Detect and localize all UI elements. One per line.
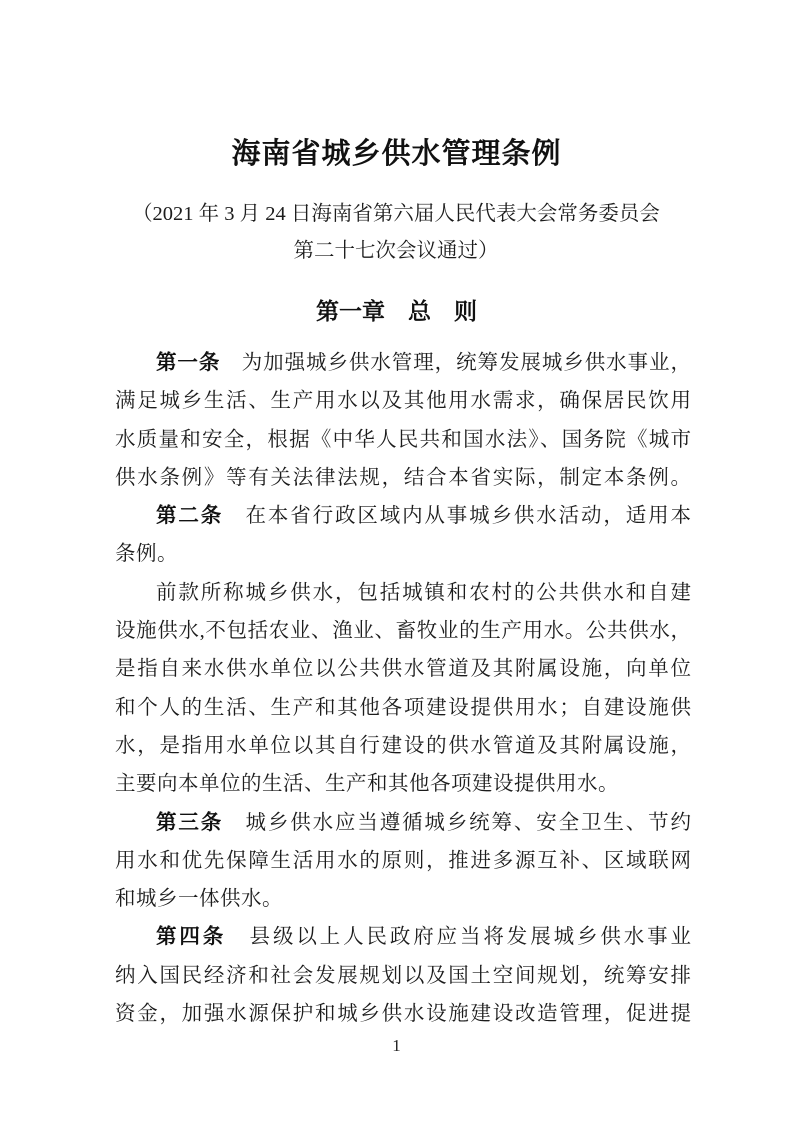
body-line-text: 满足城乡生活、生产用水以及其他用水需求，确保居民饮用: [115, 390, 691, 412]
body-line: 水质量和安全，根据《中华人民共和国水法》、国务院《城市: [115, 421, 691, 459]
body-line-text: 在本省行政区域内从事城乡供水活动，适用本: [223, 505, 691, 527]
article-label: 第三条: [156, 811, 223, 834]
body-line: 和个人的生活、生产和其他各项建设提供用水；自建设施供: [115, 689, 691, 727]
body-line-text: 条例。: [115, 543, 178, 565]
body-line-text: 为加强城乡供水管理，统筹发展城乡供水事业，: [220, 352, 691, 374]
body-line: 第四条 县级以上人民政府应当将发展城乡供水事业: [115, 918, 691, 956]
body-line-text: 和城乡一体供水。: [115, 888, 283, 910]
body-line-text: 县级以上人民政府应当将发展城乡供水事业: [226, 926, 691, 948]
article-label: 第二条: [156, 504, 223, 527]
body-line-text: 用水和优先保障生活用水的原则，推进多源互补、区域联网: [115, 850, 691, 872]
body-line-text: 供水条例》等有关法律法规，结合本省实际，制定本条例。: [115, 467, 691, 489]
subtitle-line-1: （2021 年 3 月 24 日海南省第六届人民代表大会常务委员会: [96, 196, 696, 233]
body-line: 条例。: [115, 535, 691, 573]
body-line: 水，是指用水单位以其自行建设的供水管道及其附属设施，: [115, 727, 691, 765]
body-line-text: 主要向本单位的生活、生产和其他各项建设提供用水。: [115, 773, 619, 795]
body-line: 设施供水,不包括农业、渔业、畜牧业的生产用水。公共供水，: [115, 612, 691, 650]
body-line-text: 资金，加强水源保护和城乡供水设施建设改造管理，促进提: [115, 1003, 691, 1025]
body-line: 前款所称城乡供水，包括城镇和农村的公共供水和自建: [115, 574, 691, 612]
body-line: 满足城乡生活、生产用水以及其他用水需求，确保居民饮用: [115, 382, 691, 420]
body-line: 第二条 在本省行政区域内从事城乡供水活动，适用本: [115, 497, 691, 535]
body-line-text: 和个人的生活、生产和其他各项建设提供用水；自建设施供: [115, 697, 691, 719]
body-line-text: 是指自来水供水单位以公共供水管道及其附属设施，向单位: [115, 658, 691, 680]
body-line-text: 前款所称城乡供水，包括城镇和农村的公共供水和自建: [156, 582, 691, 604]
body-line-text: 水，是指用水单位以其自行建设的供水管道及其附属设施，: [115, 735, 691, 757]
document-subtitle: （2021 年 3 月 24 日海南省第六届人民代表大会常务委员会 第二十七次会…: [96, 196, 696, 270]
body-line: 第一条 为加强城乡供水管理，统筹发展城乡供水事业，: [115, 344, 691, 382]
document-body: 第一条 为加强城乡供水管理，统筹发展城乡供水事业， 满足城乡生活、生产用水以及其…: [115, 344, 691, 1033]
body-line: 资金，加强水源保护和城乡供水设施建设改造管理，促进提: [115, 995, 691, 1033]
article-label: 第一条: [156, 351, 220, 374]
body-line-text: 水质量和安全，根据《中华人民共和国水法》、国务院《城市: [115, 429, 691, 451]
body-line-text: 城乡供水应当遵循城乡统筹、安全卫生、节约: [223, 812, 691, 834]
article-label: 第四条: [156, 925, 226, 948]
subtitle-line-2: 第二十七次会议通过）: [96, 233, 696, 270]
document-page: 海南省城乡供水管理条例 （2021 年 3 月 24 日海南省第六届人民代表大会…: [0, 0, 793, 1122]
body-line: 主要向本单位的生活、生产和其他各项建设提供用水。: [115, 765, 691, 803]
document-title: 海南省城乡供水管理条例: [0, 136, 793, 172]
body-line: 纳入国民经济和社会发展规划以及国土空间规划，统筹安排: [115, 957, 691, 995]
body-line: 用水和优先保障生活用水的原则，推进多源互补、区域联网: [115, 842, 691, 880]
body-line: 供水条例》等有关法律法规，结合本省实际，制定本条例。: [115, 459, 691, 497]
body-line: 是指自来水供水单位以公共供水管道及其附属设施，向单位: [115, 650, 691, 688]
page-number: 1: [0, 1036, 793, 1056]
body-line-text: 设施供水,不包括农业、渔业、畜牧业的生产用水。公共供水，: [115, 620, 691, 642]
body-line-text: 纳入国民经济和社会发展规划以及国土空间规划，统筹安排: [115, 965, 691, 987]
body-line: 和城乡一体供水。: [115, 880, 691, 918]
body-line: 第三条 城乡供水应当遵循城乡统筹、安全卫生、节约: [115, 804, 691, 842]
chapter-heading: 第一章 总 则: [0, 296, 793, 326]
